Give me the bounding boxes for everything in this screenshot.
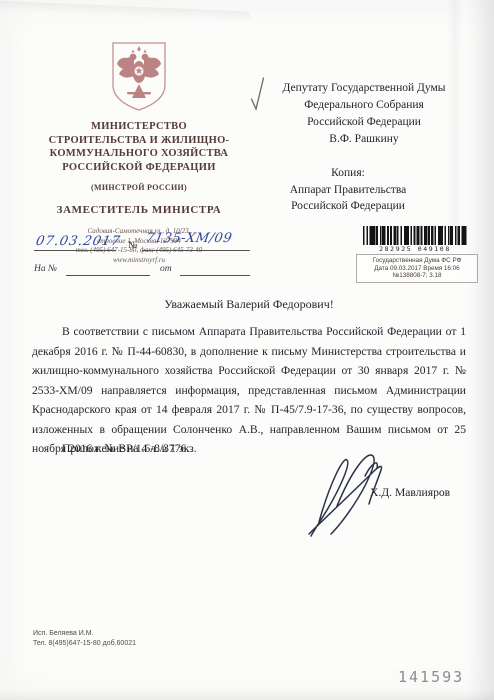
date-number-row: 07.03.2017 № 7135-ХМ/09 <box>34 234 250 256</box>
registration-barcode: 282925 049108 <box>360 226 470 253</box>
executor-block: Исп. Беляева И.М. Тел. 8(495)647-15-80 д… <box>33 629 136 648</box>
handwritten-date: 07.03.2017 <box>34 234 122 249</box>
ministry-line: КОММУНАЛЬНОГО ХОЗЯЙСТВА <box>30 147 248 161</box>
recipient-line: Депутату Государственной Думы <box>258 80 470 97</box>
copy-recipient-block: Копия: Аппарат Правительства Российской … <box>258 165 438 215</box>
executor-name: Исп. Беляева И.М. <box>33 629 136 639</box>
signer-name: Х.Д. Мавлияров <box>370 486 450 499</box>
attachment-note: Приложение на 4 л. в 1 экз. <box>62 442 197 455</box>
barcode-icon <box>363 226 467 245</box>
ministry-line: СТРОИТЕЛЬСТВА И ЖИЛИЩНО- <box>30 134 248 148</box>
reference-number-label: На № <box>34 264 57 274</box>
letter-body-paragraph: В соответствии с письмом Аппарата Правит… <box>32 322 466 459</box>
recipient-block: Депутату Государственной Думы Федерально… <box>258 80 470 148</box>
stamp-line: Дата 09.03.2017 Время 16:06 <box>358 265 476 273</box>
ministry-line: МИНИСТЕРСТВО <box>30 120 248 134</box>
barcode-number: 282925 049108 <box>360 245 470 253</box>
duma-registration-stamp: Государственная Дума ФС РФ Дата 09.03.20… <box>356 254 478 283</box>
scan-shadow-bottom <box>0 690 494 700</box>
stamp-line: №138808-7; 3.18 <box>358 272 476 280</box>
signer-post-title: ЗАМЕСТИТЕЛЬ МИНИСТРА <box>30 204 248 216</box>
copy-label: Копия: <box>258 165 438 182</box>
scanned-letter-page: МИНИСТЕРСТВО СТРОИТЕЛЬСТВА И ЖИЛИЩНО- КО… <box>0 0 494 700</box>
recipient-line: Российской Федерации <box>258 114 470 131</box>
executor-phone: Тел. 8(495)647-15-80 доб.60021 <box>33 639 136 649</box>
recipient-line: Федерального Собрания <box>258 97 470 114</box>
reference-date-label: от <box>160 264 172 274</box>
scan-shadow-right <box>468 0 494 700</box>
ministry-name: МИНИСТЕРСТВО СТРОИТЕЛЬСТВА И ЖИЛИЩНО- КО… <box>30 120 248 174</box>
reference-number-underline <box>66 263 150 276</box>
copy-line: Аппарат Правительства <box>258 182 438 199</box>
ministry-short-name: (МИНСТРОЙ РОССИИ) <box>30 183 248 192</box>
recipient-line: В.Ф. Рашкину <box>258 131 470 148</box>
reference-row: На № от <box>34 264 250 280</box>
reference-date-underline <box>180 263 250 276</box>
requisites-block: 07.03.2017 № 7135-ХМ/09 На № от <box>34 234 250 280</box>
scan-page-number: 141593 <box>398 668 464 686</box>
copy-line: Российской Федерации <box>258 198 438 215</box>
handwritten-outgoing-number: 7135-ХМ/09 <box>145 231 234 246</box>
ministry-line: РОССИЙСКОЙ ФЕДЕРАЦИИ <box>30 161 248 175</box>
salutation: Уважаемый Валерий Федорович! <box>32 297 466 312</box>
number-sign-label: № <box>128 240 138 251</box>
coat-of-arms-icon <box>108 40 170 112</box>
stamp-line: Государственная Дума ФС РФ <box>358 257 476 265</box>
scan-crease-top <box>0 0 250 21</box>
